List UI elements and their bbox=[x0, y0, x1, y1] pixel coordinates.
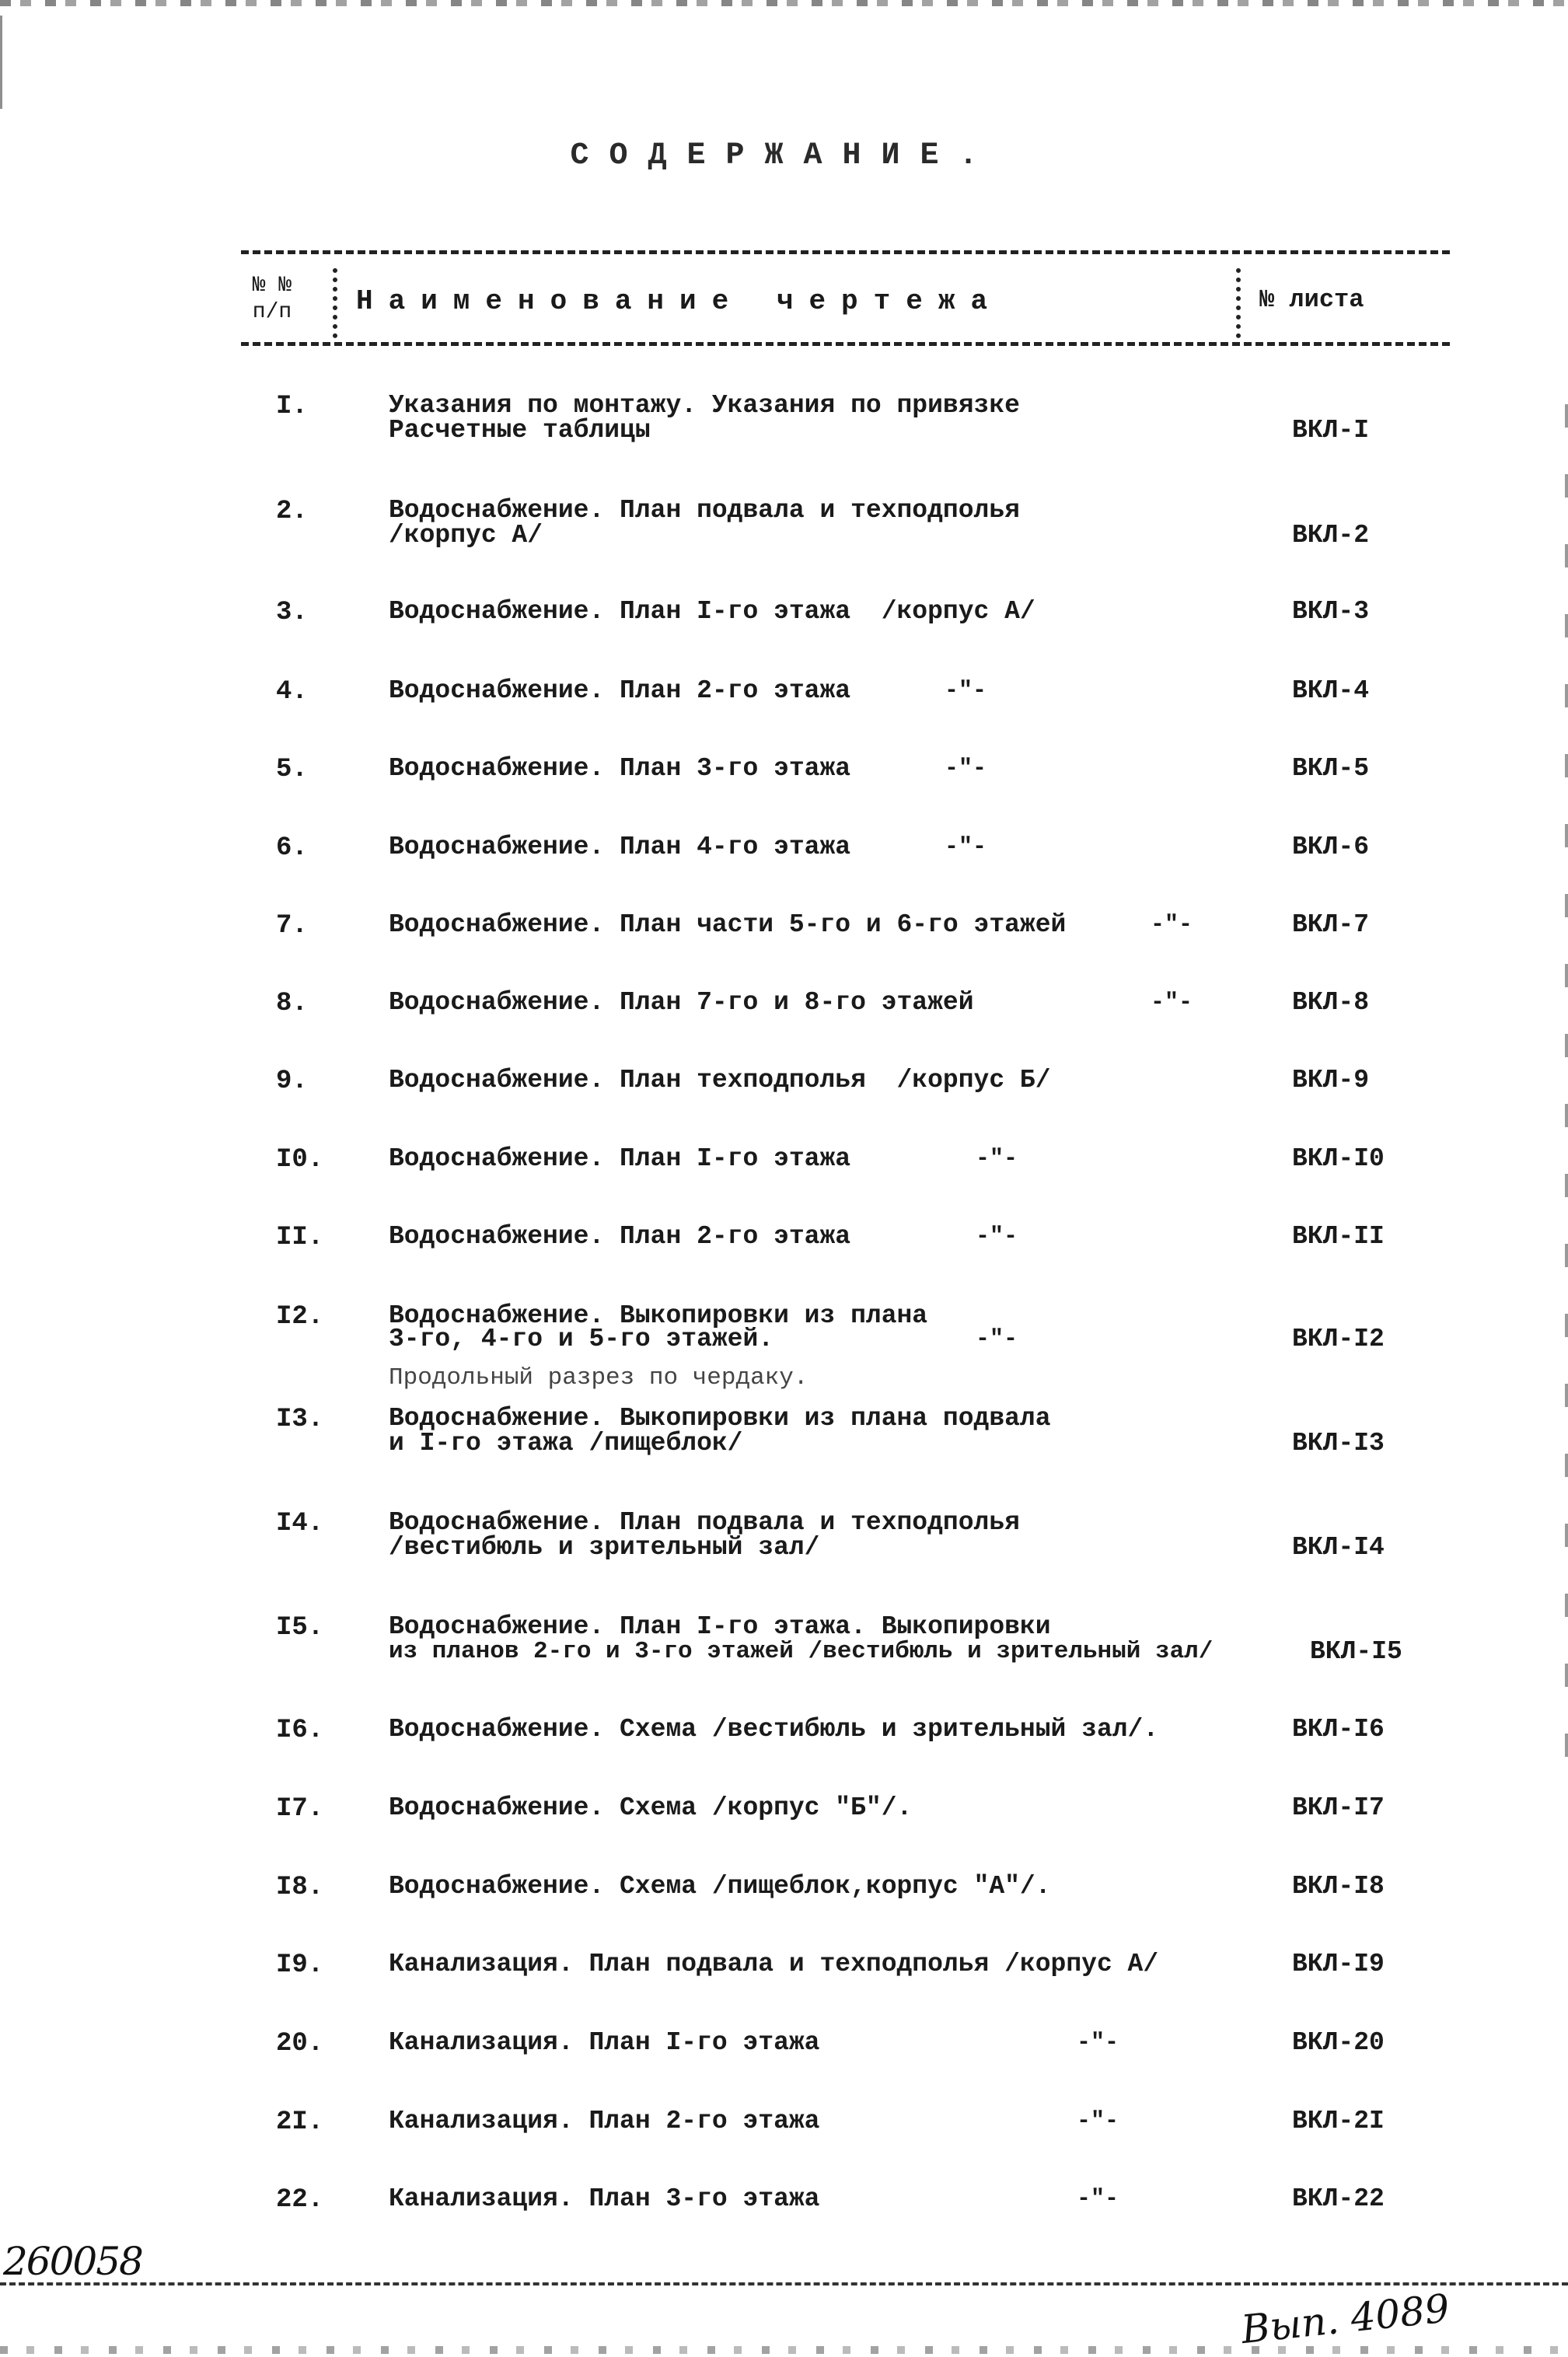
row-sheet-code: ВКЛ-I9 bbox=[1292, 1951, 1385, 1978]
row-number: I. bbox=[276, 393, 308, 421]
row-title-line: /вестибюль и зрительный зал/ bbox=[389, 1535, 820, 1561]
row-title-line: Канализация. План подвала и техподполья … bbox=[389, 1951, 1158, 1978]
row-sheet-code: ВКЛ-II bbox=[1292, 1224, 1385, 1250]
contents-list: I. Указания по монтажу. Указания по прив… bbox=[0, 0, 1568, 2357]
row-title-line: Канализация. План 2-го этажа bbox=[389, 2108, 820, 2135]
bottom-rule bbox=[0, 2282, 1568, 2285]
ditto-mark: -"- bbox=[945, 834, 987, 861]
row-number: I9. bbox=[276, 1951, 323, 1979]
row-number: I2. bbox=[276, 1303, 323, 1331]
row-title-line: Указания по монтажу. Указания по привязк… bbox=[389, 393, 1020, 419]
row-number: I4. bbox=[276, 1510, 323, 1538]
row-sheet-code: ВКЛ-3 bbox=[1292, 599, 1369, 625]
row-number: 4. bbox=[276, 678, 308, 706]
row-sheet-code: ВКЛ-I2 bbox=[1292, 1326, 1385, 1353]
row-title-line: 3-го, 4-го и 5-го этажей. bbox=[389, 1326, 774, 1353]
row-number: I5. bbox=[276, 1614, 323, 1642]
row-sheet-code: ВКЛ-I0 bbox=[1292, 1146, 1385, 1172]
row-sheet-code: ВКЛ-6 bbox=[1292, 834, 1369, 861]
ditto-mark: -"- bbox=[1151, 990, 1193, 1016]
row-sheet-code: ВКЛ-8 bbox=[1292, 990, 1369, 1016]
row-sheet-code: ВКЛ-22 bbox=[1292, 2186, 1385, 2212]
row-number: I8. bbox=[276, 1873, 323, 1901]
ditto-mark: -"- bbox=[1077, 2186, 1119, 2212]
ditto-mark: -"- bbox=[976, 1224, 1018, 1250]
row-title-line: Канализация. План 3-го этажа bbox=[389, 2186, 820, 2212]
row-title-line: Водоснабжение. План подвала и техподполь… bbox=[389, 498, 1020, 524]
row-sheet-code: ВКЛ-I5 bbox=[1310, 1639, 1402, 1665]
ditto-mark: -"- bbox=[1151, 912, 1193, 938]
row-number: 3. bbox=[276, 599, 308, 627]
ditto-mark: -"- bbox=[976, 1146, 1018, 1172]
row-title-line: Водоснабжение. План 2-го этажа bbox=[389, 1224, 850, 1250]
row-number: 20. bbox=[276, 2030, 323, 2058]
ditto-mark: -"- bbox=[945, 756, 987, 782]
scan-edge-bottom bbox=[0, 2346, 1568, 2354]
row-title-line: Водоснабжение. План 3-го этажа bbox=[389, 756, 850, 782]
row-sheet-code: ВКЛ-I bbox=[1292, 417, 1369, 444]
row-title-line: Водоснабжение. План 7-го и 8-го этажей bbox=[389, 990, 974, 1016]
row-note: Продольный разрез по чердаку. bbox=[389, 1365, 808, 1392]
row-title-line: Водоснабжение. План I-го этажа /корпус А… bbox=[389, 599, 1035, 625]
row-sheet-code: ВКЛ-9 bbox=[1292, 1067, 1369, 1094]
ditto-mark: -"- bbox=[1077, 2108, 1119, 2135]
row-sheet-code: ВКЛ-I6 bbox=[1292, 1716, 1385, 1743]
row-sheet-code: ВКЛ-2I bbox=[1292, 2108, 1385, 2135]
row-sheet-code: ВКЛ-I4 bbox=[1292, 1535, 1385, 1561]
row-title-line: Водоснабжение. Выкопировки из плана подв… bbox=[389, 1405, 1051, 1432]
row-title-line: Водоснабжение. План I-го этажа. Выкопиро… bbox=[389, 1614, 1051, 1640]
row-title-line: Расчетные таблицы bbox=[389, 417, 651, 444]
row-title-line: Водоснабжение. План 2-го этажа bbox=[389, 678, 850, 704]
row-number: 6. bbox=[276, 834, 308, 862]
row-number: 22. bbox=[276, 2186, 323, 2214]
row-number: 8. bbox=[276, 990, 308, 1018]
row-number: 2. bbox=[276, 498, 308, 526]
row-title-line: Водоснабжение. Схема /вестибюль и зрител… bbox=[389, 1716, 1158, 1743]
row-number: I3. bbox=[276, 1405, 323, 1433]
ditto-mark: -"- bbox=[976, 1326, 1018, 1353]
row-sheet-code: ВКЛ-I7 bbox=[1292, 1795, 1385, 1821]
row-title-line: Водоснабжение. План части 5-го и 6-го эт… bbox=[389, 912, 1066, 938]
row-title-line: Водоснабжение. План подвала и техподполь… bbox=[389, 1510, 1020, 1536]
row-title-line: Канализация. План I-го этажа bbox=[389, 2030, 820, 2056]
row-title-line: Водоснабжение. План 4-го этажа bbox=[389, 834, 850, 861]
handwritten-inventory-number: 260058 bbox=[3, 2239, 142, 2284]
row-sheet-code: ВКЛ-7 bbox=[1292, 912, 1369, 938]
row-title-line: Водоснабжение. План I-го этажа bbox=[389, 1146, 850, 1172]
ditto-mark: -"- bbox=[945, 678, 987, 704]
row-title-line: /корпус А/ bbox=[389, 522, 543, 549]
row-sheet-code: ВКЛ-20 bbox=[1292, 2030, 1385, 2056]
row-title-line: и I-го этажа /пищеблок/ bbox=[389, 1430, 742, 1457]
row-sheet-code: ВКЛ-2 bbox=[1292, 522, 1369, 549]
row-number: 2I. bbox=[276, 2108, 323, 2136]
row-number: I7. bbox=[276, 1795, 323, 1823]
row-number: 9. bbox=[276, 1067, 308, 1095]
row-number: II. bbox=[276, 1224, 323, 1252]
row-number: I6. bbox=[276, 1716, 323, 1744]
row-sheet-code: ВКЛ-I8 bbox=[1292, 1873, 1385, 1900]
row-title-line: из планов 2-го и 3-го этажей /вестибюль … bbox=[389, 1639, 1213, 1665]
row-number: 7. bbox=[276, 912, 308, 940]
row-sheet-code: ВКЛ-4 bbox=[1292, 678, 1369, 704]
row-number: 5. bbox=[276, 756, 308, 784]
row-title-line: Водоснабжение. План техподполья /корпус … bbox=[389, 1067, 1051, 1094]
row-sheet-code: ВКЛ-5 bbox=[1292, 756, 1369, 782]
row-number: I0. bbox=[276, 1146, 323, 1174]
row-title-line: Водоснабжение. Схема /пищеблок,корпус "А… bbox=[389, 1873, 1051, 1900]
ditto-mark: -"- bbox=[1077, 2030, 1119, 2056]
row-title-line: Водоснабжение. Схема /корпус "Б"/. bbox=[389, 1795, 912, 1821]
row-sheet-code: ВКЛ-I3 bbox=[1292, 1430, 1385, 1457]
